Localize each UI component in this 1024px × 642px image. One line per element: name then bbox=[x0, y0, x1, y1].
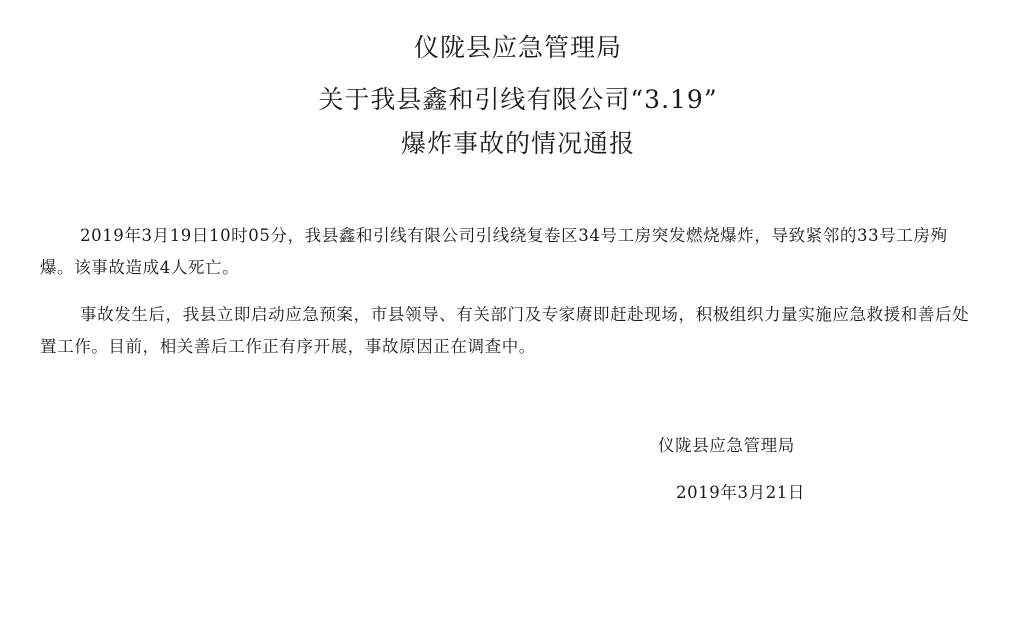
document-title-subject: 关于我县鑫和引线有限公司“3.19” bbox=[6, 80, 1024, 116]
paragraph-incident: 2019年3月19日10时05分，我县鑫和引线有限公司引线绕复卷区34号工房突发… bbox=[40, 220, 980, 284]
document-title-topic: 爆炸事故的情况通报 bbox=[6, 124, 1024, 160]
signature-date: 2019年3月21日 bbox=[676, 479, 805, 503]
document-title-issuer: 仪陇县应急管理局 bbox=[6, 28, 1024, 64]
paragraph-response: 事故发生后，我县立即启动应急预案，市县领导、有关部门及专家赓即赶赴现场，积极组织… bbox=[40, 299, 980, 363]
signature-organization: 仪陇县应急管理局 bbox=[658, 432, 795, 456]
